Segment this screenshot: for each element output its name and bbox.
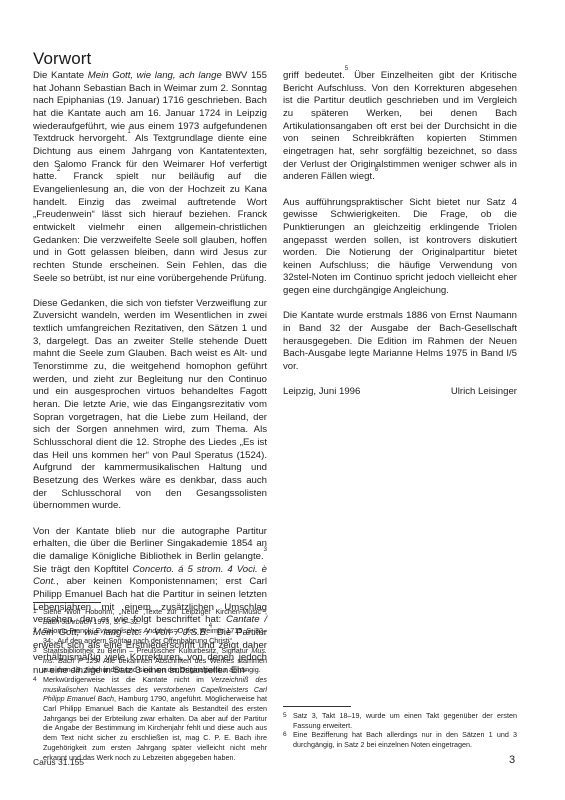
footnote-text: Staatsbibliothek zu Berlin – Preußischer…	[43, 646, 267, 675]
signature-line: Leipzig, Juni 1996 Ulrich Leisinger	[283, 386, 517, 399]
footnote-1: 1 Siehe Wolf Hobohm, „Neue ‚Texte zur Le…	[33, 607, 267, 626]
italic-text: Evangelisches Andachts=Opfer	[95, 626, 195, 635]
footnote-2: 2 Salomo Franck, Evangelisches Andachts=…	[33, 626, 267, 645]
footnote-ref-2[interactable]: 2	[57, 167, 60, 173]
italic-text: Bach-Jahrbuch	[43, 617, 91, 626]
right-column: griff bedeutet.5 Über Einzelheiten gibt …	[283, 70, 517, 399]
footnote-number: 3	[33, 646, 43, 675]
footnote-ref-1[interactable]: 1	[127, 129, 130, 135]
text: Über Einzelheiten gibt der Kritische Ber…	[283, 70, 517, 182]
paragraph-4: griff bedeutet.5 Über Einzelheiten gibt …	[283, 70, 517, 184]
text: Von der Kantate blieb nur die autographe…	[33, 526, 267, 562]
text: Franck spielt nur beiläufig auf die Evan…	[33, 171, 267, 283]
footnote-number: 1	[33, 607, 43, 626]
page-title: Vorwort	[33, 49, 91, 69]
footnote-text: Siehe Wolf Hobohm, „Neue ‚Texte zur Leip…	[43, 607, 267, 626]
footnote-number: 6	[283, 730, 293, 749]
text: griff bedeutet.	[283, 70, 345, 81]
text: , Hamburg 1790, angeführt. Möglicherweis…	[43, 694, 267, 761]
footnotes-right: 5 Satz 3, Takt 18–19, wurde um einen Tak…	[283, 706, 517, 750]
place-date: Leipzig, Juni 1996	[283, 386, 360, 399]
footnote-text: Eine Bezifferung hat Bach allerdings nur…	[293, 730, 517, 749]
text: 1973, S. 5–32.	[91, 617, 140, 626]
footnote-6: 6 Eine Bezifferung hat Bach allerdings n…	[283, 730, 517, 749]
footnote-ref-3[interactable]: 3	[264, 547, 267, 553]
paragraph-1: Die Kantate Mein Gott, wie lang, ach lan…	[33, 70, 267, 285]
text: Salomo Franck,	[43, 626, 95, 635]
footnotes-left: 1 Siehe Wolf Hobohm, „Neue ‚Texte zur Le…	[33, 602, 267, 762]
paragraph-6: Die Kantate wurde erstmals 1886 von Erns…	[283, 310, 517, 373]
footnote-ref-5[interactable]: 5	[345, 66, 348, 72]
page-number: 3	[509, 754, 515, 766]
author-name: Ulrich Leisinger	[451, 386, 517, 399]
footnote-text: Salomo Franck, Evangelisches Andachts=Op…	[43, 626, 267, 645]
footnote-number: 2	[33, 626, 43, 645]
footnote-text: Merkwürdigerweise ist die Kantate nicht …	[43, 675, 267, 762]
footnote-3: 3 Staatsbibliothek zu Berlin – Preußisch…	[33, 646, 267, 675]
footnote-4: 4 Merkwürdigerweise ist die Kantate nich…	[33, 675, 267, 762]
paragraph-5: Aus aufführungspraktischer Sicht bietet …	[283, 197, 517, 298]
footnote-number: 4	[33, 675, 43, 762]
footnote-number: 5	[283, 711, 293, 730]
catalog-number: Carus 31.155	[33, 757, 84, 767]
text: Merkwürdigerweise ist die Kantate nicht …	[43, 675, 211, 684]
footnote-ref-6[interactable]: 6	[375, 167, 378, 173]
left-column: Die Kantate Mein Gott, wie lang, ach lan…	[33, 70, 267, 677]
work-title: Mein Gott, wie lang, ach lange	[88, 70, 222, 81]
text: Siehe Wolf Hobohm, „Neue ‚Texte zur Leip…	[43, 607, 267, 616]
footnote-5: 5 Satz 3, Takt 18–19, wurde um einen Tak…	[283, 711, 517, 730]
footnote-text: Satz 3, Takt 18–19, wurde um einen Takt …	[293, 711, 517, 730]
text: Staatsbibliothek zu Berlin – Preußischer…	[43, 646, 251, 655]
footnote-rule	[283, 706, 351, 707]
text: Die Kantate	[33, 70, 88, 81]
text: Sie trägt den Kopftitel	[33, 564, 133, 575]
paragraph-2: Diese Gedanken, die sich von tiefster Ve…	[33, 298, 267, 513]
footnote-rule	[33, 602, 101, 603]
